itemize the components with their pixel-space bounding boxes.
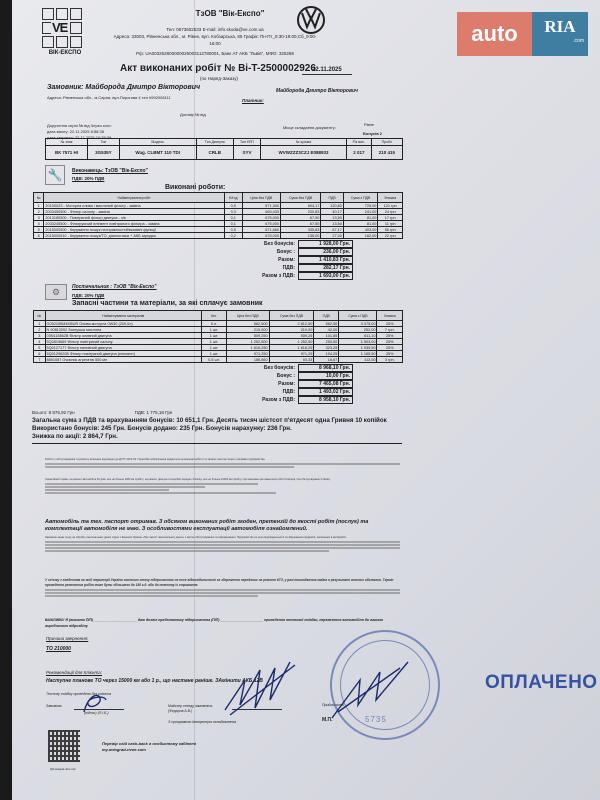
table-cell: 93,33 (269, 357, 314, 363)
watermark-ria: RIA .com (532, 12, 588, 56)
column-header: ПДВ (321, 193, 344, 203)
total-label: Разом: (250, 257, 298, 263)
table-cell: 22 грн (378, 233, 403, 239)
total-value: 1 693,00 Грн. (298, 272, 353, 280)
vehicle-cell: ВК 7571 НІ (46, 146, 88, 160)
column-header: Н/год (224, 193, 242, 203)
total-value: 1 493,02 Грн. (298, 388, 353, 396)
column-header: ПДВ (314, 311, 339, 321)
column-header: Тип КПП (233, 139, 260, 146)
total-value: 7 465,08 Грн. (298, 380, 353, 388)
total-value: 10,00 Грн. (298, 372, 353, 380)
column-header: Знижка (377, 311, 403, 321)
bonuses-line: Використано бонусів: 245 Грн. Бонусів до… (32, 425, 402, 433)
paid-stamp: ОПЛАЧЕНО (485, 672, 598, 694)
place-label: Місце складання документу: (283, 125, 336, 130)
total-label: Разом з ПДВ: (250, 397, 298, 403)
total-value: 8 968,10 Грн. (298, 364, 353, 372)
company-name: ТзОВ "Вік-Експо" (170, 9, 290, 18)
total-label: Бонус : (250, 249, 298, 255)
works-totals: Без бонусів:1 928,00 Грн.Бонус :236,00 Г… (250, 240, 353, 280)
master-signature-scribble (220, 660, 300, 720)
company-contacts: Тел: 0673602533 E-mail: info.skoda@ve.co… (110, 26, 320, 57)
table-row: 62015000510 - Керування пошук/ТО, діагно… (34, 233, 403, 239)
terms-block-3: Замовник надає згоду на обробку персонал… (45, 536, 400, 553)
customer-signature-scribble (80, 690, 110, 716)
cashback-note: Перевір свій cash-back в особистому кабі… (102, 741, 196, 753)
contract-line: Договір № від (180, 112, 206, 117)
column-header: Знижка (378, 193, 403, 203)
autoria-watermark: auto RIA .com (457, 12, 588, 56)
company-logo: VE ВІК-ЕКСПО (42, 8, 88, 62)
vehicle-table: № знакТипМодельТип ДвигунаТип КПП№ кузов… (45, 138, 403, 160)
vehicle-row: ВК 7571 НІ3G535YWag. CLBMT 110 TDICRLBSY… (46, 146, 403, 160)
total-label: Разом: (250, 381, 298, 387)
wrench-icon: 🔧 (45, 165, 65, 185)
parts-totals: Без бонусів:8 968,10 Грн.Бонус :10,00 Гр… (250, 364, 353, 404)
total-row: Без бонусів:8 968,10 Грн. (250, 364, 353, 372)
table-cell: 6 (34, 233, 44, 239)
table-cell: 0,2 (224, 233, 242, 239)
terms-block-2: Гарантійний термін: на ремонт автомобіля… (45, 478, 400, 495)
column-header: № знак (46, 139, 88, 146)
reason-value: ТО 210000 (46, 646, 71, 652)
act-date: 22.11.2025 (302, 67, 352, 75)
total-label: Бонус : (250, 373, 298, 379)
total-row: ПДВ:1 493,02 Грн. (250, 388, 353, 396)
vehicle-cell: CRLB (196, 146, 233, 160)
works-table: №Найменування робітН/годЦіна без ПДВСума… (33, 192, 403, 239)
total-label: ПДВ: (250, 265, 298, 271)
total-row: Разом з ПДВ:1 693,00 Грн. (250, 272, 353, 280)
column-header: Ціна без ПДВ (242, 193, 280, 203)
table-cell: 112,00 (339, 357, 377, 363)
works-title: Виконані роботи: (165, 184, 225, 191)
volkswagen-logo-icon (296, 5, 326, 35)
total-value: 1 928,00 Грн. (298, 240, 353, 248)
total-row: Разом:1 410,83 Грн. (250, 256, 353, 264)
total-label: Без бонусів: (250, 365, 298, 371)
qr-caption: QR avtograd-rivne.com (50, 768, 76, 771)
qr-code[interactable] (48, 730, 80, 762)
table-cell: 27,00 (321, 233, 344, 239)
grand-total: Загальна сума з ПДВ та врахуванням бонус… (32, 417, 402, 425)
column-header: Сума без ПДВ (280, 193, 320, 203)
watermark-auto: auto (457, 12, 532, 56)
acceptance-notice: Автомобіль та тех. паспорт отримав. З об… (45, 519, 400, 533)
total-label: ПДВ: (250, 389, 298, 395)
vehicle-cell: SYV (233, 146, 260, 160)
executor: Виконавець: ТзОВ "Вік-Експо" (72, 168, 148, 174)
table-cell: 18,67 (314, 357, 339, 363)
important-consent: ВАЖЛИВО! Я (вказати ПІП) _______________… (45, 617, 400, 629)
customer-signature-label: Замовник (46, 704, 62, 708)
table-cell: 3 грн. (377, 357, 403, 363)
column-header: № (34, 193, 44, 203)
total-row: Бонус :236,00 Грн. (250, 248, 353, 256)
cashback-link[interactable]: my.avtograd-rivne.com (102, 747, 196, 753)
bank-details: Р/р: UA003252800000026003112780001, Банк… (110, 50, 320, 57)
column-header: Пробіг (371, 139, 402, 146)
column-header: Тип Двигуна (196, 139, 233, 146)
logo-mark: VE (51, 21, 68, 35)
manager-signature-scribble (330, 660, 410, 720)
total-row: Без бонусів:1 928,00 Грн. (250, 240, 353, 248)
total-plain: Всього: 8 875,92 Грн (32, 410, 75, 415)
phone-email: Тел: 0673602533 E-mail: info.skoda@ve.co… (110, 26, 320, 33)
vehicle-cell: 3G535Y (88, 146, 120, 160)
total-label: Без бонусів: (250, 241, 298, 247)
parts-table: №Найменування матеріалівКіл.Ціна без ПДВ… (33, 310, 403, 363)
company-address: Адреса: 33003, Рівненська обл., м. Рівне… (110, 33, 320, 47)
column-header: Рік вип. (346, 139, 371, 146)
summary: Всього: 8 875,92 Грн ПДВ: 1 775,18 Грн З… (32, 410, 402, 444)
program-note: З програмою їмпортера ознайомлена (168, 720, 236, 724)
column-header: Сума з ПДВ (343, 193, 377, 203)
logo-caption: ВІК-ЕКСПО (42, 50, 88, 56)
martial-law-notice: У зв'язку з введенням на всій території … (45, 578, 400, 598)
vehicle-cell: Wag. CLBMT 110 TDI (119, 146, 196, 160)
total-value: 1 410,83 Грн. (298, 256, 353, 264)
table-cell: 162,00 (343, 233, 377, 239)
total-value: 236,00 Грн. (298, 248, 353, 256)
column-header: Кіл. (201, 311, 226, 321)
total-value: 8 958,10 Грн. (298, 396, 353, 404)
vat-plain: ПДВ: 1 775,18 Грн (135, 410, 173, 415)
parts-title: Запасні частини та матеріали, за які спл… (72, 300, 263, 307)
customer-name: Замовник: Майборода Дмитро Вікторович (47, 84, 200, 91)
vehicle-cell: WVWZZZ3CZJ E088933 (261, 146, 347, 160)
total-row: ПДВ:282,17 Грн. (250, 264, 353, 272)
table-cell: 186,660 (227, 357, 269, 363)
parts-vat-note: ПДВ: 20% ПДВ (72, 293, 104, 298)
table-cell: 135,00 (280, 233, 320, 239)
table-cell: 7 (34, 357, 46, 363)
supplier: Постачальник : ТзОВ "Вік-Експо" (72, 284, 157, 290)
bonus-count: Бонусів 2 (363, 131, 382, 136)
total-row: Разом з ПДВ:8 958,10 Грн. (250, 396, 353, 404)
column-header: Найменування робіт (44, 193, 224, 203)
table-cell: 675,000 (242, 233, 280, 239)
vehicle-cell: 210 415 (371, 146, 402, 160)
table-cell: 8801087 Очисник агрегатів 500 мл (45, 357, 201, 363)
act-title: Акт виконаних робіт № Bi-T-2500002926 (120, 63, 316, 74)
total-row: Разом:7 465,08 Грн. (250, 380, 353, 388)
column-header: Модель (119, 139, 196, 146)
vehicle-cell: 2 017 (346, 146, 371, 160)
total-row: Бонус :10,00 Грн. (250, 372, 353, 380)
column-header: № (34, 311, 46, 321)
works-vat-note: ПДВ: 20% ПДВ (72, 176, 104, 181)
customer-address: Адреса: Рівненська обл., м.Сарни, вул.Пи… (47, 95, 187, 101)
total-label: Разом з ПДВ: (250, 273, 298, 279)
discount-line: Знижка по акції: 2 864,7 Грн. (32, 433, 402, 441)
column-header: Сума без ПДВ (269, 311, 314, 321)
act-subtitle: (по Наряд-Заказу) (200, 76, 238, 81)
column-header: Тип (88, 139, 120, 146)
column-header: № кузова (261, 139, 347, 146)
payer-label: Платник: (242, 98, 264, 103)
table-cell: 0,5 шт. (201, 357, 226, 363)
car-parts-icon: ⚙ (45, 284, 67, 300)
column-header: Ціна без ПДВ (227, 311, 269, 321)
column-header: Сума з ПДВ (339, 311, 377, 321)
reason-label: Причина звернення: (46, 636, 88, 641)
column-header: Найменування матеріалів (45, 311, 201, 321)
table-row: 78801087 Очисник агрегатів 500 мл0,5 шт.… (34, 357, 403, 363)
payer-name: Майборода Дмитро Вікторович (276, 88, 358, 94)
place-value: Рівне (364, 122, 374, 127)
table-cell: 2015000510 - Керування пошук/ТО, діагнос… (44, 233, 224, 239)
master-signature: Майстер стенду замовлень (Федоров А.В.) (168, 704, 212, 714)
recommendations-label: Рекомендації для Клієнта: (46, 670, 102, 675)
terms-block-1: Роботи з обслуговування та ремонту викон… (45, 458, 400, 469)
total-value: 282,17 Грн. (298, 264, 353, 272)
